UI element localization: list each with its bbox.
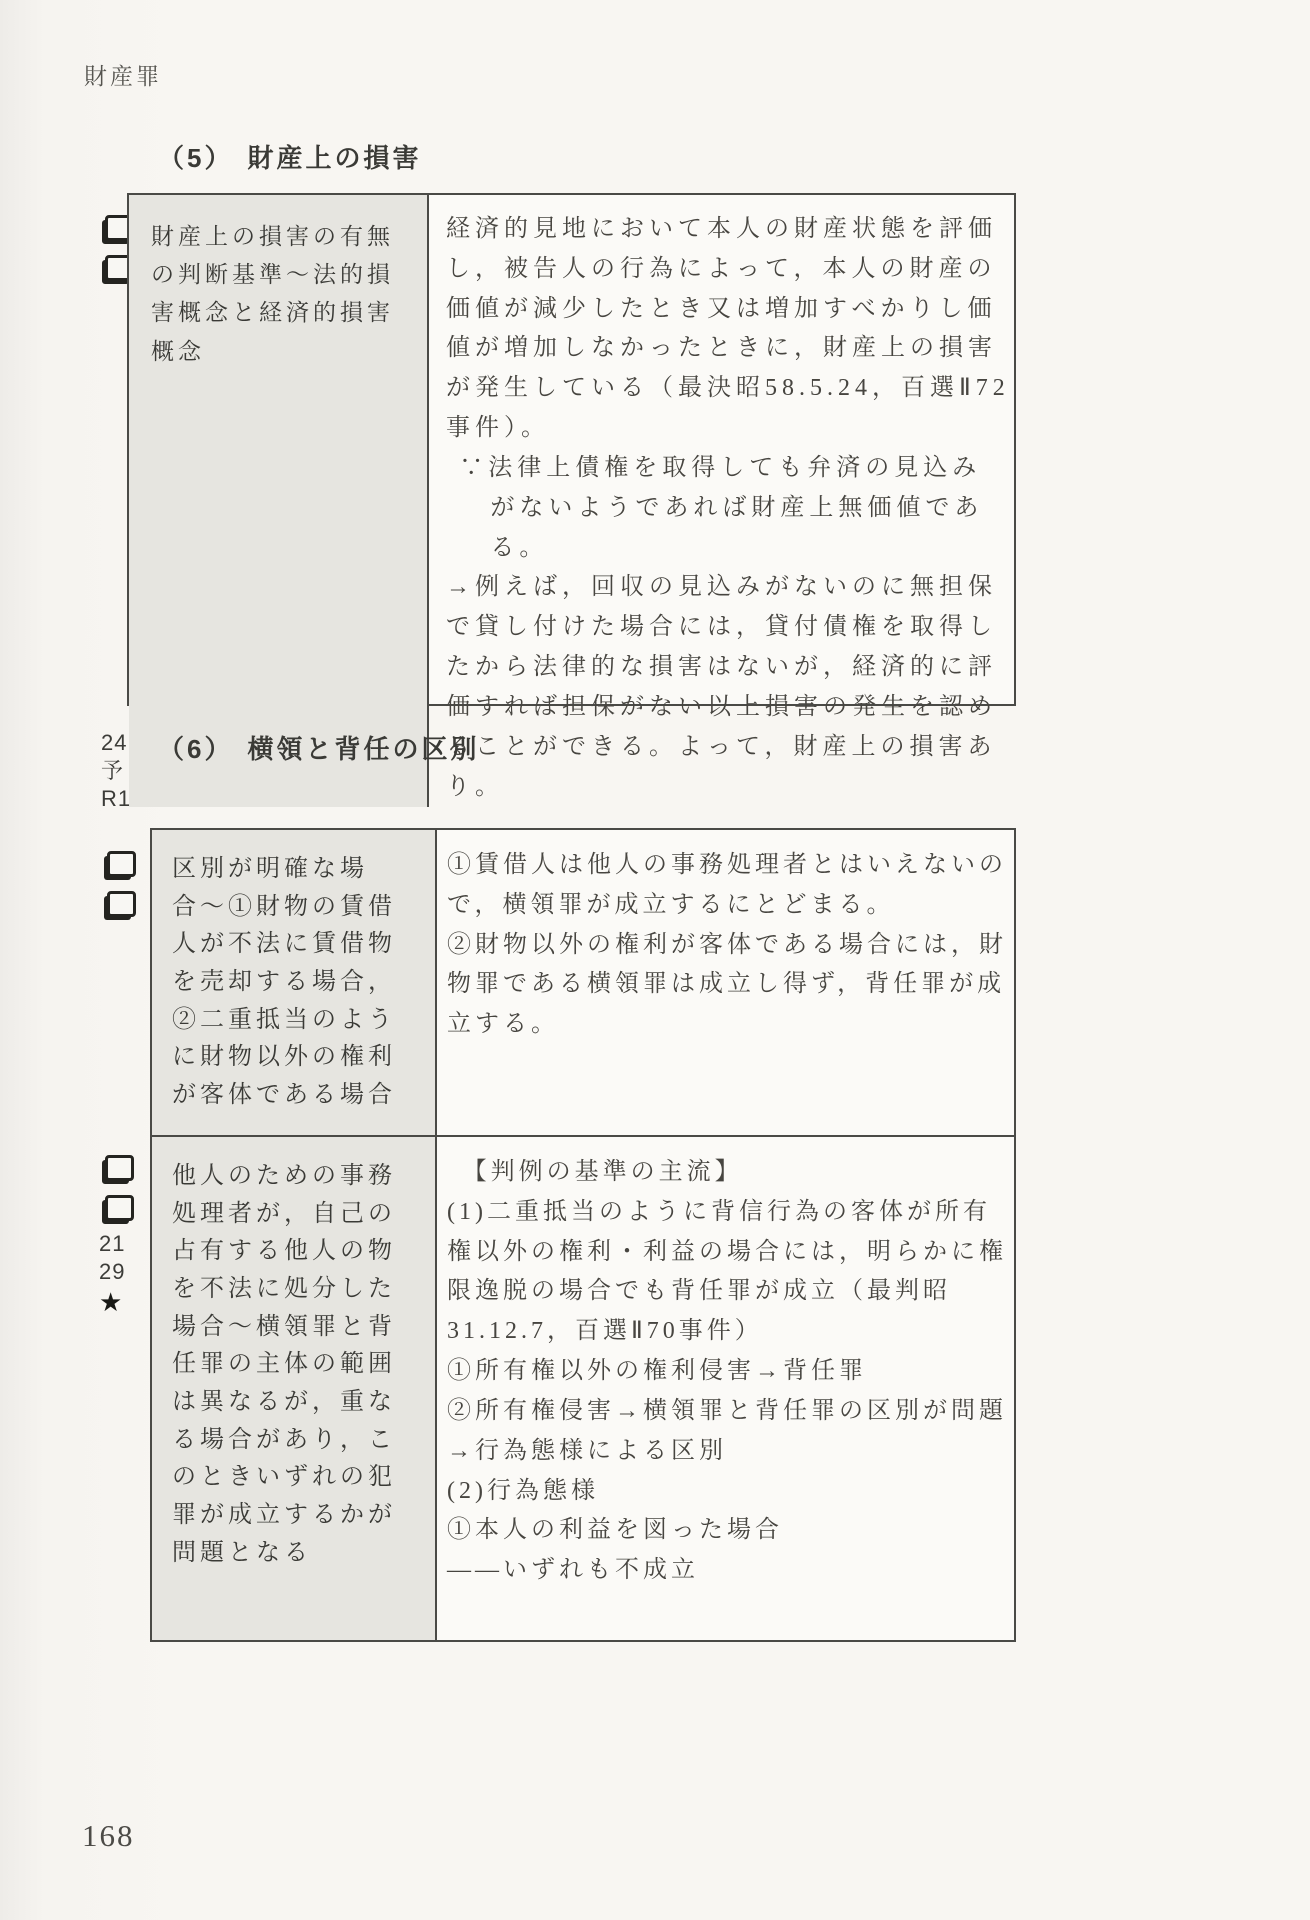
margin-note: 29 xyxy=(99,1258,125,1286)
checkbox-icon xyxy=(105,1155,134,1181)
section5-title: 財産上の損害 xyxy=(247,138,421,175)
paragraph: 経済的見地において本人の財産状態を評価し，被告人の行為によって，本人の財産の価値… xyxy=(446,210,1010,449)
topic-cell: 区別が明確な場合〜①財物の賃借人が不法に賃借物を売却する場合，②二重抵当のように… xyxy=(152,830,437,1135)
body-cell: ①賃借人は他人の事務処理者とはいえないので，横領罪が成立するにとどまる。 ②財物… xyxy=(437,830,1014,1135)
margin-note: 21 xyxy=(99,1230,125,1258)
checkbox-icon xyxy=(105,1195,134,1221)
section5-heading: （5） 財産上の損害 xyxy=(158,138,421,175)
margin-note: 予 xyxy=(101,757,124,785)
checkbox-icon xyxy=(107,851,136,877)
paragraph: ——いずれも不成立 xyxy=(447,1551,1010,1591)
section6-row1-margin xyxy=(101,846,136,926)
star-icon: ★ xyxy=(99,1286,122,1318)
margin-note: 24 xyxy=(101,729,127,757)
body-cell: 【判例の基準の主流】 (1)二重抵当のように背信行為の客体が所有権以外の権利・利… xyxy=(437,1135,1014,1640)
topic-cell: 他人のための事務処理者が，自己の占有する他人の物を不法に処分した場合〜横領罪と背… xyxy=(152,1135,437,1640)
paragraph: ①賃借人は他人の事務処理者とはいえないので，横領罪が成立するにとどまる。 xyxy=(447,846,1010,926)
section6-number: （6） xyxy=(158,729,233,766)
paragraph-arrow: →例えば，回収の見込みがないのに無担保で貸し付けた場合には，貸付債権を取得したか… xyxy=(446,568,1010,807)
paragraph: (2)行為態様 xyxy=(447,1472,1010,1512)
section6-row2-margin: 21 29 ★ xyxy=(99,1150,134,1318)
paragraph: (1)二重抵当のように背信行為の客体が所有権以外の権利・利益の場合には，明らかに… xyxy=(447,1193,1010,1352)
topic-cell: 財産上の損害の有無の判断基準〜法的損害概念と経済的損害概念 xyxy=(129,195,429,807)
paragraph: →行為態様による区別 xyxy=(447,1432,1010,1472)
paragraph-because: ∵法律上債権を取得しても弁済の見込みがないようであれば財産上無価値である。 xyxy=(446,449,1010,568)
section6-table: 区別が明確な場合〜①財物の賃借人が不法に賃借物を売却する場合，②二重抵当のように… xyxy=(150,828,1016,1642)
paragraph: ②所有権侵害→横領罪と背任罪の区別が問題 xyxy=(447,1392,1010,1432)
section6-heading: （6） 横領と背任の区別 xyxy=(158,729,479,766)
body-cell: 経済的見地において本人の財産状態を評価し，被告人の行為によって，本人の財産の価値… xyxy=(429,195,1014,807)
paragraph: ②財物以外の権利が客体である場合には，財物罪である横領罪は成立し得ず，背任罪が成… xyxy=(447,926,1010,1045)
section5-table: 財産上の損害の有無の判断基準〜法的損害概念と経済的損害概念 経済的見地において本… xyxy=(127,193,1016,706)
section6-margin-notes: 24 予 R1 xyxy=(101,729,131,813)
page-number: 168 xyxy=(82,1818,135,1854)
checkbox-icon xyxy=(107,891,136,917)
section6-title: 横領と背任の区別 xyxy=(247,729,479,766)
paragraph-bracket: 【判例の基準の主流】 xyxy=(447,1153,1010,1193)
margin-note: R1 xyxy=(101,785,131,813)
running-header: 財産罪 xyxy=(84,58,162,91)
paragraph: ①本人の利益を図った場合 xyxy=(447,1511,1010,1551)
section5-number: （5） xyxy=(158,138,233,175)
paragraph: ①所有権以外の権利侵害→背任罪 xyxy=(447,1352,1010,1392)
book-page: 財産罪 （5） 財産上の損害 財産上の損害の有無の判断基準〜法的損害概念と経済的… xyxy=(0,0,1310,1920)
